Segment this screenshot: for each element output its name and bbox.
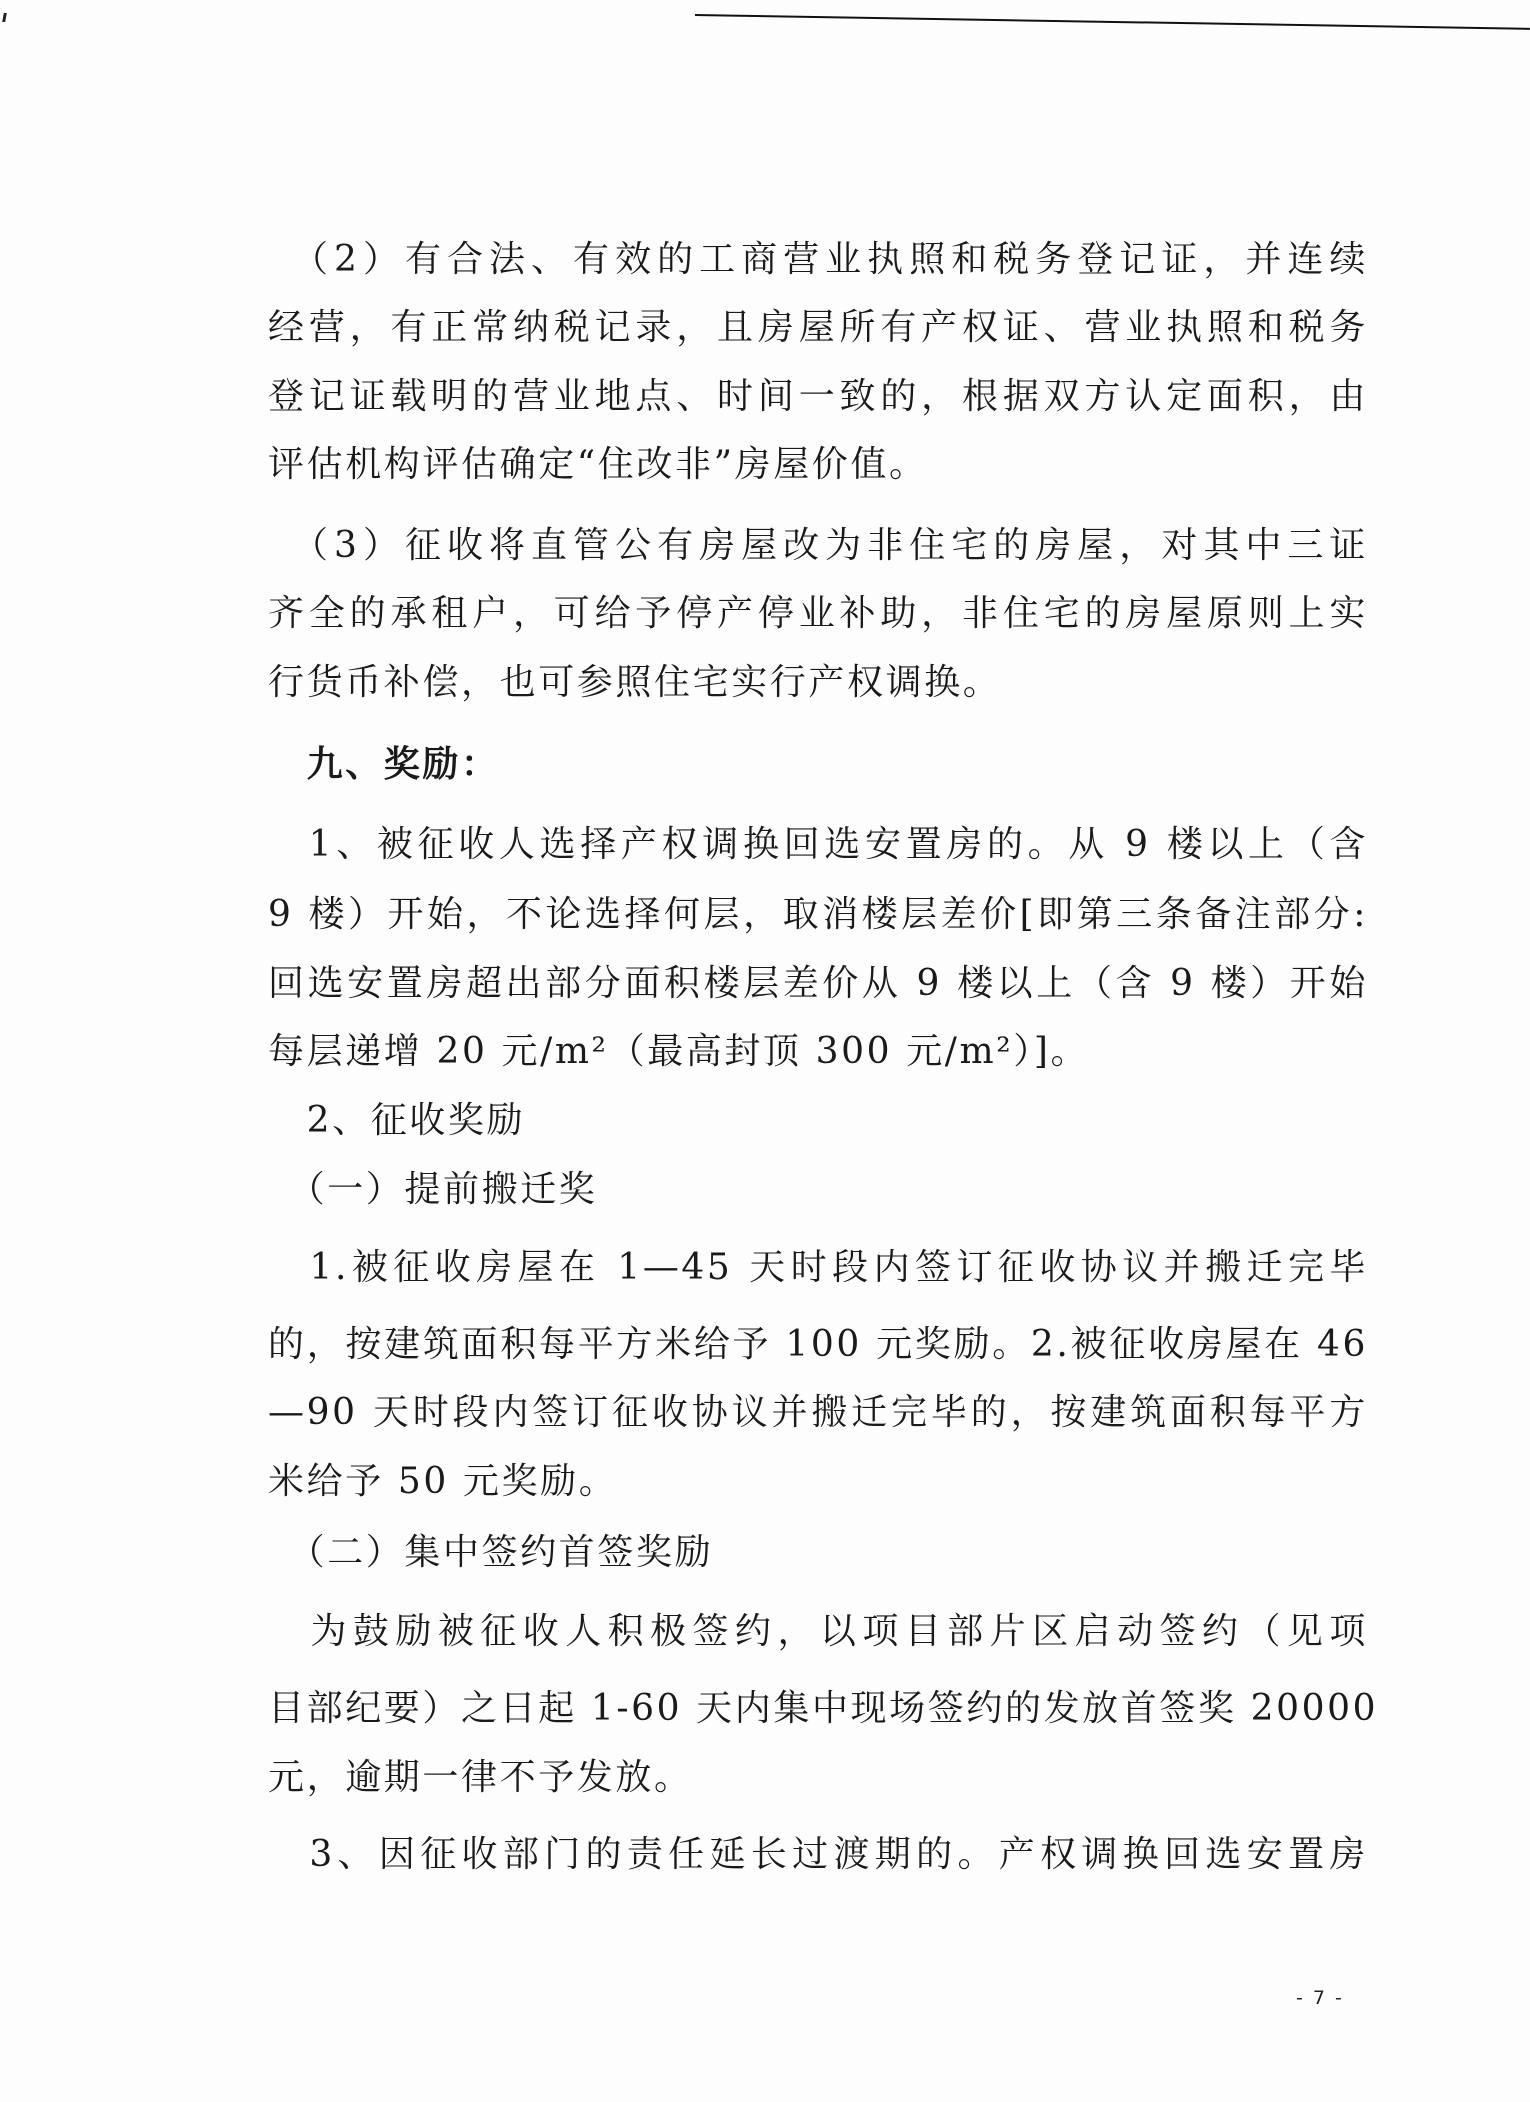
paragraph-line-7: 行货币补偿，也可参照住宅实行产权调换。: [268, 661, 1368, 705]
paragraph-line-21: 目部纪要）之日起 1-60 天内集中现场签约的发放首签奖 20000: [268, 1687, 1368, 1731]
paragraph-line-10: 9 楼）开始，不论选择何层，取消楼层差价[即第三条备注部分:: [268, 893, 1368, 937]
paragraph-line-20: 为鼓励被征收人积极签约，以项目部片区启动签约（见项: [268, 1610, 1368, 1654]
subheading-first-signing-reward: （二）集中签约首签奖励: [268, 1531, 1368, 1575]
paragraph-line-9: 1、被征收人选择产权调换回选安置房的。从 9 楼以上（含: [268, 823, 1368, 867]
paragraph-line-17: —90 天时段内签订征收协议并搬迁完毕的，按建筑面积每平方: [268, 1391, 1368, 1435]
paragraph-line-3: 登记证载明的营业地点、时间一致的，根据双方认定面积，由: [268, 375, 1368, 419]
paragraph-line-18: 米给予 50 元奖励。: [268, 1460, 1368, 1504]
section-heading-rewards: 九、奖励：: [268, 742, 1368, 786]
paragraph-line-4: 评估机构评估确定“住改非”房屋价值。: [268, 443, 1368, 487]
subheading-expropriation-reward: 2、征收奖励: [268, 1099, 1368, 1143]
page-number: - 7 -: [1296, 1987, 1344, 2009]
paragraph-line-6: 齐全的承租户，可给予停产停业补助，非住宅的房屋原则上实: [268, 592, 1368, 636]
paragraph-line-1: （2）有合法、有效的工商营业执照和税务登记证，并连续: [268, 238, 1368, 282]
paragraph-line-22: 元，逾期一律不予发放。: [268, 1756, 1368, 1800]
paragraph-line-2: 经营，有正常纳税记录，且房屋所有产权证、营业执照和税务: [268, 306, 1368, 350]
paragraph-line-5: （3）征收将直管公有房屋改为非住宅的房屋，对其中三证: [268, 524, 1368, 568]
paragraph-line-11: 回选安置房超出部分面积楼层差价从 9 楼以上（含 9 楼）开始: [268, 962, 1368, 1006]
paragraph-line-16: 的，按建筑面积每平方米给予 100 元奖励。2.被征收房屋在 46: [268, 1323, 1368, 1367]
header-rule: [695, 14, 1530, 30]
scan-artifact-mark: [2, 13, 7, 22]
paragraph-line-23: 3、因征收部门的责任延长过渡期的。产权调换回选安置房: [268, 1833, 1368, 1877]
paragraph-line-12: 每层递增 20 元/m²（最高封顶 300 元/m²）]。: [268, 1030, 1368, 1074]
paragraph-line-15: 1.被征收房屋在 1—45 天时段内签订征收协议并搬迁完毕: [268, 1246, 1368, 1290]
subheading-early-relocation-reward: （一）提前搬迁奖: [268, 1168, 1368, 1212]
